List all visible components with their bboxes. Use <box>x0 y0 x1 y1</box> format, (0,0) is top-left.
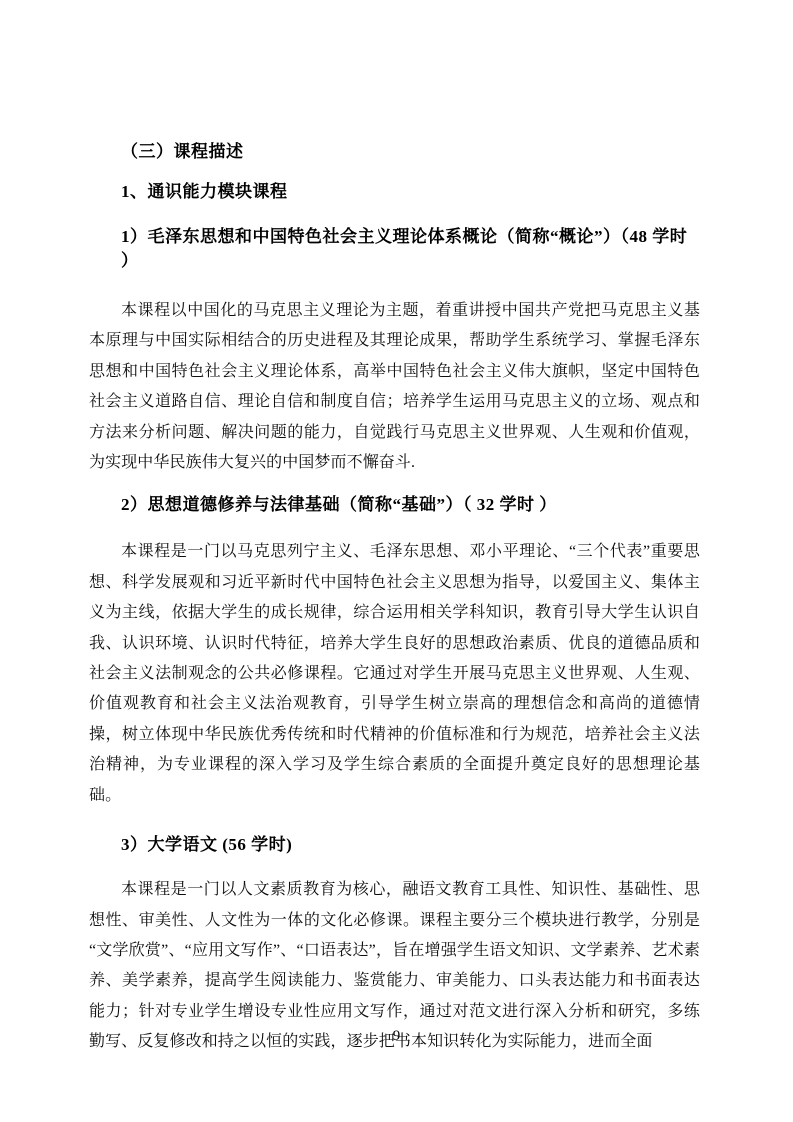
course-title-daxueyuwen: 3）大学语文 (56 学时) <box>89 833 700 857</box>
section-heading: （三）课程描述 <box>89 140 700 164</box>
document-content: （三）课程描述 1、通识能力模块课程 1）毛泽东思想和中国特色社会主义理论体系概… <box>89 0 700 1058</box>
course-description-jichu: 本课程是一门以马克思列宁主义、毛泽东思想、邓小平理论、“三个代表”重要思想、科学… <box>89 537 700 811</box>
page-number: 9 <box>0 1028 793 1045</box>
module-heading: 1、通识能力模块课程 <box>89 180 700 204</box>
course-title-jichu: 2）思想道德修养与法律基础（简称“基础”）（ 32 学时 ） <box>89 493 700 517</box>
document-page: （三）课程描述 1、通识能力模块课程 1）毛泽东思想和中国特色社会主义理论体系概… <box>0 0 793 1122</box>
course-description-gailun: 本课程以中国化的马克思主义理论为主题，着重讲授中国共产党把马克思主义基本原理与中… <box>89 296 700 478</box>
course-title-gailun: 1）毛泽东思想和中国特色社会主义理论体系概论（简称“概论”）（48 学时 ） <box>89 225 700 273</box>
